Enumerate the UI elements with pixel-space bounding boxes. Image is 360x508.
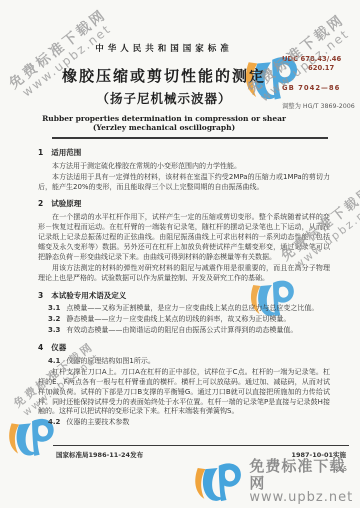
header-divider: [52, 137, 328, 139]
subsection-text: 仪器的主要技术参数: [66, 418, 129, 426]
section-4-paragraph: 杠杆支撑在刀口A上。刀口A在杠杆的正中部位，试样位于C点。杠杆的一端为记录笔。杠…: [38, 368, 330, 418]
term-number: 3.3: [48, 326, 60, 334]
term-definition-item: 3.1点模量——又称为正割模量，是应力－应变曲线上某点的总应力与总应变之比值。: [38, 304, 330, 314]
document-body: 1 适用范围 本方法用于测定硫化橡胶在常规的小变形范围内的力学性能。 本方法适用…: [38, 145, 330, 429]
section-number: 2: [38, 199, 43, 210]
section-2-paragraph: 用该方法测定的材料的弹性对研究材料的阻尼与减震作用是很重要的，而且在高分子物理理…: [38, 264, 330, 284]
term-number: 3.2: [48, 315, 60, 323]
term-definition-item: 3.3有效动态模量——由简谐运动的阻尼自由振荡公式计算得到的动态模量值。: [38, 326, 330, 336]
term-definition-item: 3.2静态模量——应力－应变曲线上某点的切线的斜率，故又称为正切模量。: [38, 315, 330, 325]
section-3-heading: 3 本试验专用术语及定义: [38, 291, 330, 302]
section-number: 1: [38, 148, 43, 159]
section-1-heading: 1 适用范围: [38, 148, 330, 159]
site-brand-name: 免费标准下载网: [249, 458, 360, 491]
subsection-number: 4.1: [48, 357, 60, 365]
document-title: 橡胶压缩或剪切性能的测定: [35, 65, 293, 86]
section-title: 适用范围: [51, 148, 81, 159]
subsection-number: 4.2: [48, 418, 60, 426]
section-1-paragraph: 本方法适用于具有一定弹性的材料，该材料在室温下约受2MPa的压缩力或1MPa的剪…: [38, 173, 330, 193]
term-text: 静态模量——应力－应变曲线上某点的切线的斜率，故又称为正切模量。: [66, 315, 290, 323]
subsection-text: 仪器的原理结构如图1所示。: [66, 357, 154, 365]
udc-code-line1: UDC 678.43/.46: [282, 55, 358, 64]
section-4-heading: 4 仪器: [38, 343, 330, 354]
site-brand-url: www.upbz.net: [249, 491, 360, 505]
footer-issued-date: 国家标准局1986-11-24发布: [56, 450, 143, 459]
section-title: 仪器: [51, 343, 66, 354]
section-1-paragraph: 本方法用于测定硫化橡胶在常规的小变形范围内的力学性能。: [38, 162, 330, 172]
standard-number-block: UDC 678.43/.46 620.17 GB 7042—86 调整为 HG/…: [282, 55, 358, 111]
term-text: 点模量——又称为正割模量，是应力－应变曲线上某点的总应力与总应变之比值。: [66, 304, 318, 312]
document-title-english: Rubber properties determination in compr…: [35, 114, 293, 123]
document-subtitle: （扬子尼机械示波器）: [35, 89, 293, 107]
term-text: 有效动态模量——由简谐运动的阻尼自由振荡公式计算得到的动态模量值。: [66, 326, 297, 334]
section-2-paragraph: 在一个摆动的水平杠杆作用下，试样产生一定的压缩或剪切变形。整个系统随着试样的变形…: [38, 213, 330, 263]
standard-org-title: 中华人民共和国国家标准: [35, 42, 293, 54]
site-brand-text: 免费标准下载网 www.upbz.net: [249, 458, 360, 505]
document-header: 中华人民共和国国家标准 橡胶压缩或剪切性能的测定 （扬子尼机械示波器） Rubb…: [35, 42, 293, 132]
section-2-heading: 2 试验原理: [38, 199, 330, 210]
standard-document-page: 免费标准下载网 www.upbz.net 免费标准下载网 www.upbz.ne…: [0, 0, 360, 508]
site-brand-lockup: 免费标准下载网 www.upbz.net: [190, 458, 360, 506]
subsection-item: 4.1仪器的原理结构如图1所示。: [38, 357, 330, 367]
standard-number: GB 7042—86: [282, 84, 358, 93]
section-title: 试验原理: [51, 199, 81, 210]
footer-divider: [53, 445, 349, 446]
subsection-item: 4.2仪器的主要技术参数: [38, 418, 330, 428]
section-title: 本试验专用术语及定义: [51, 291, 126, 302]
up-logo-icon: [190, 458, 245, 506]
term-number: 3.1: [48, 304, 60, 312]
section-number: 4: [38, 343, 43, 354]
document-subtitle-english: (Yerzley mechanical oscillograph): [35, 123, 293, 132]
udc-code-line2: 620.17: [282, 64, 358, 73]
section-number: 3: [38, 291, 43, 302]
adjustment-note: 调整为 HG/T 3869-2006: [282, 103, 358, 112]
